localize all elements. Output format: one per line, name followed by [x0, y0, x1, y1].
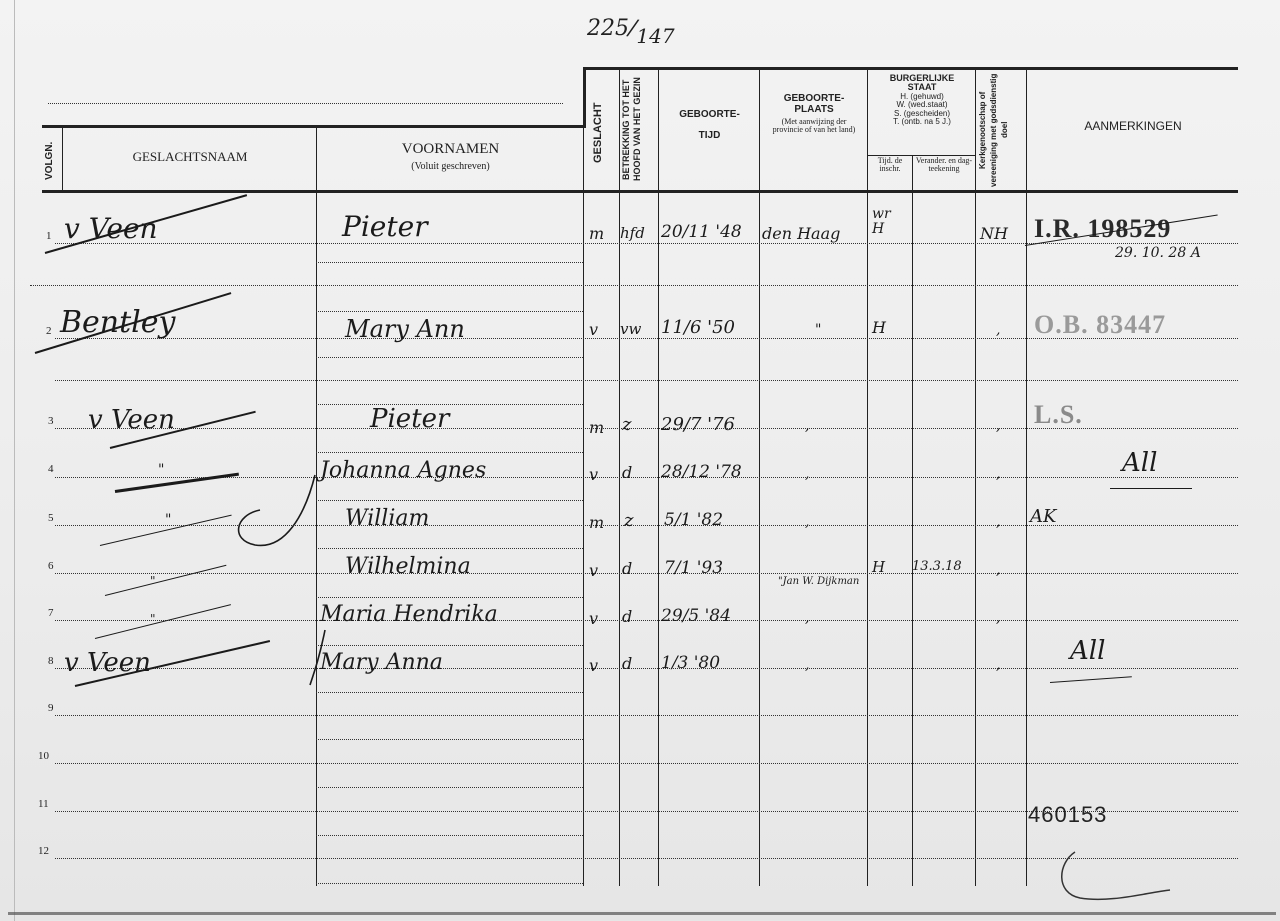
birth-place: , — [805, 610, 809, 626]
row-number: 11 — [38, 798, 49, 810]
header-geboorteplaats-sub: (Met aanwijzing der provincie of van het… — [769, 118, 859, 135]
surname: Bentley — [60, 305, 175, 340]
header-kerkgenootschap: Kerkgenootschap of vereeniging met godsd… — [977, 72, 1025, 188]
relation: z — [622, 414, 631, 435]
sex: v — [589, 561, 598, 580]
church: , — [996, 466, 1000, 482]
header-geboorteplaats-line2: PLAATS — [761, 105, 867, 116]
header-bs-title: BURGERLIJKE STAAT — [869, 74, 975, 93]
row-number: 12 — [38, 845, 49, 857]
row-number: 2 — [46, 325, 52, 337]
relation: d — [622, 559, 632, 578]
surname: v Veen — [64, 648, 151, 678]
header-geboortetijd: GEBOORTE- TIJD — [660, 110, 759, 141]
remarks: L.S. — [1034, 400, 1083, 430]
relation: d — [622, 607, 632, 626]
sub-line — [316, 357, 583, 358]
sub-line — [316, 452, 583, 453]
relation: d — [622, 654, 632, 673]
surname: v Veen — [88, 405, 175, 435]
church: , — [996, 514, 1000, 530]
sub-line — [316, 311, 583, 312]
civil-status: wr H — [872, 207, 902, 237]
relation: z — [624, 510, 633, 531]
remarks-date: 29. 10. 28 A — [1115, 245, 1201, 261]
given-names: Mary Anna — [320, 650, 443, 675]
given-names: Pieter — [370, 404, 449, 434]
header-aanmerkingen: AANMERKINGEN — [1028, 120, 1238, 133]
header-bs-verander: Verander. en dag-teekening — [913, 157, 975, 174]
church: , — [996, 562, 1000, 578]
row-number: 5 — [48, 512, 54, 524]
row-number: 9 — [48, 702, 54, 714]
birth-place: , — [805, 657, 809, 673]
given-names: Wilhelmina — [345, 554, 471, 579]
sub-line — [316, 548, 583, 549]
birth-date: 29/5 '84 — [661, 606, 731, 626]
header-geboortetijd-line2: TIJD — [660, 131, 759, 142]
strike-through — [95, 604, 231, 639]
surname-ditto: " — [158, 462, 164, 478]
header-bs-t: T. (ontb. na 5 J.) — [869, 118, 975, 126]
sex: v — [589, 320, 598, 339]
sub-line — [316, 645, 583, 646]
row-number: 10 — [38, 750, 49, 762]
header-top-border-left — [42, 125, 586, 128]
row-number: 6 — [48, 560, 54, 572]
sub-line — [316, 692, 583, 693]
header-burgerlijke-staat: BURGERLIJKE STAAT H. (gehuwd) W. (wed.st… — [869, 74, 975, 126]
church: , — [996, 418, 1000, 434]
birth-place: , — [805, 418, 809, 434]
birth-date: 28/12 '78 — [661, 462, 742, 482]
header-geboorteplaats-line1: GEBOORTE- — [761, 94, 867, 105]
birth-date: 11/6 '50 — [661, 317, 735, 338]
remarks-initials: All — [1122, 448, 1157, 478]
given-names: Mary Ann — [345, 315, 465, 343]
birth-place: , — [805, 466, 809, 482]
reference-right: 147 — [636, 24, 674, 48]
church: , — [996, 657, 1000, 673]
remarks: O.B. 83447 — [1034, 310, 1166, 340]
relation: vw — [620, 320, 641, 338]
status-change: 13.3.18 — [912, 559, 962, 574]
relation: hfd — [620, 224, 645, 242]
header-geboortetijd-line1: GEBOORTE- — [660, 110, 759, 121]
church: NH — [980, 224, 1008, 243]
given-names: Maria Hendrika — [320, 602, 498, 627]
header-geslachtsnaam: GESLACHTSNAAM — [64, 150, 316, 164]
remarks-initials: All — [1070, 636, 1105, 666]
row-number: 7 — [48, 607, 54, 619]
surname-ditto: " — [165, 512, 171, 528]
relation: d — [622, 463, 632, 482]
address-line — [48, 103, 563, 104]
col-divider — [583, 127, 584, 886]
sub-line — [316, 787, 583, 788]
sub-line — [316, 883, 583, 884]
surname-ditto: " — [150, 574, 156, 588]
header-bottom-border — [42, 190, 1238, 193]
row-number: 4 — [48, 463, 54, 475]
sub-line — [316, 404, 583, 405]
pen-mark — [1050, 848, 1180, 908]
row-line-gap — [55, 380, 1238, 381]
civil-status: H — [872, 318, 886, 337]
registration-card: 225/147 VOLGN. GESLACHTSNAAM VOORNAMEN (… — [0, 0, 1280, 921]
birth-place: , — [805, 514, 809, 530]
sub-line — [316, 262, 583, 263]
sub-line — [316, 739, 583, 740]
remarks-initials: AK — [1030, 506, 1056, 527]
col-divider — [912, 155, 913, 886]
row-number: 1 — [46, 230, 52, 242]
birth-date: 29/7 '76 — [661, 414, 735, 435]
row-line-gap — [30, 285, 1238, 286]
header-geboorteplaats: GEBOORTE- PLAATS (Met aanwijzing der pro… — [761, 94, 867, 135]
header-voornamen: VOORNAMEN — [318, 142, 583, 158]
given-names: Johanna Agnes — [320, 458, 486, 483]
strike-through — [105, 565, 227, 596]
sex: v — [589, 656, 598, 675]
col-divider — [62, 128, 63, 190]
birth-date: 7/1 '93 — [664, 558, 723, 578]
reference-number: 225/147 — [587, 16, 675, 41]
sex: m — [589, 513, 604, 532]
header-bs-tijd: Tijd. de inschr. — [868, 157, 912, 174]
surname: v Veen — [64, 212, 158, 245]
sub-line — [316, 500, 583, 501]
sex: m — [589, 224, 604, 243]
header-volgnummer: VOLGN. — [44, 135, 60, 187]
row-line-10 — [55, 763, 1238, 764]
card-edge — [8, 912, 1276, 915]
header-voornamen-sub: (Voluit geschreven) — [318, 162, 583, 173]
church: , — [996, 322, 1000, 338]
sex: m — [589, 418, 604, 437]
birth-place: " — [815, 322, 821, 338]
birth-date: 1/3 '80 — [661, 653, 720, 673]
sub-line — [316, 597, 583, 598]
birth-date: 20/11 '48 — [661, 222, 742, 242]
header-geslacht: GESLACHT — [592, 80, 612, 185]
marriage-note: "Jan W. Dijkman — [778, 576, 859, 587]
underline — [1050, 676, 1132, 683]
birth-place: den Haag — [762, 224, 840, 243]
pen-flourish — [215, 455, 335, 715]
reference-left: 225 — [587, 16, 629, 41]
civil-status: H — [872, 558, 885, 576]
given-names: William — [345, 506, 429, 531]
header-top-border — [583, 67, 1238, 70]
underline — [1110, 488, 1192, 489]
church: , — [996, 610, 1000, 626]
given-names: Pieter — [342, 210, 428, 243]
sub-line — [316, 835, 583, 836]
sex: v — [589, 465, 598, 484]
birth-date: 5/1 '82 — [664, 510, 723, 530]
row-line-9 — [55, 715, 1238, 716]
header-betrekking: BETREKKING TOT HET HOOFD VAN HET GEZIN — [621, 72, 657, 187]
archive-number: 460153 — [1028, 802, 1107, 828]
sex: v — [589, 609, 598, 628]
card-edge — [14, 0, 15, 921]
row-number: 3 — [48, 415, 54, 427]
header-step-border — [583, 67, 586, 127]
row-number: 8 — [48, 655, 54, 667]
